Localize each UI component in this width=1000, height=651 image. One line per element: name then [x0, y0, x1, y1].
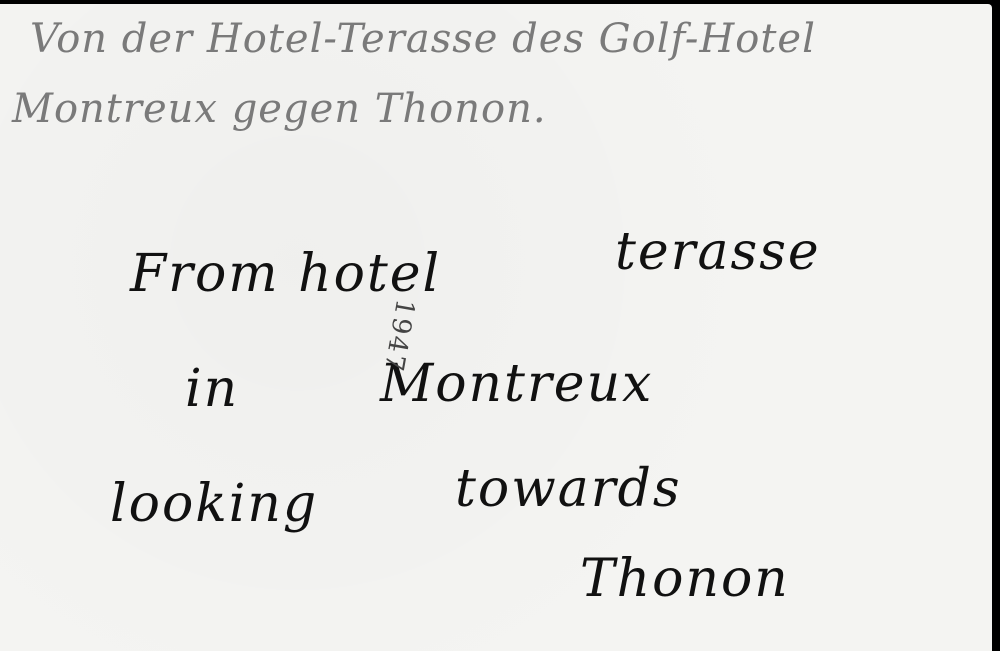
ink-note-looking: looking: [110, 474, 318, 534]
pencil-note-line-2: Montreux gegen Thonon.: [12, 86, 547, 132]
ink-note-towards: towards: [455, 459, 682, 519]
ink-note-from-hotel: From hotel: [130, 244, 441, 304]
ink-note-terasse: terasse: [615, 222, 821, 282]
ink-note-thonon: Thonon: [580, 549, 790, 609]
pencil-note-line-1: Von der Hotel-Terasse des Golf-Hotel: [30, 16, 816, 62]
photo-back: Von der Hotel-Terasse des Golf-Hotel Mon…: [0, 4, 992, 651]
ink-note-montreux: Montreux: [380, 354, 653, 414]
ink-note-in: in: [185, 359, 239, 419]
